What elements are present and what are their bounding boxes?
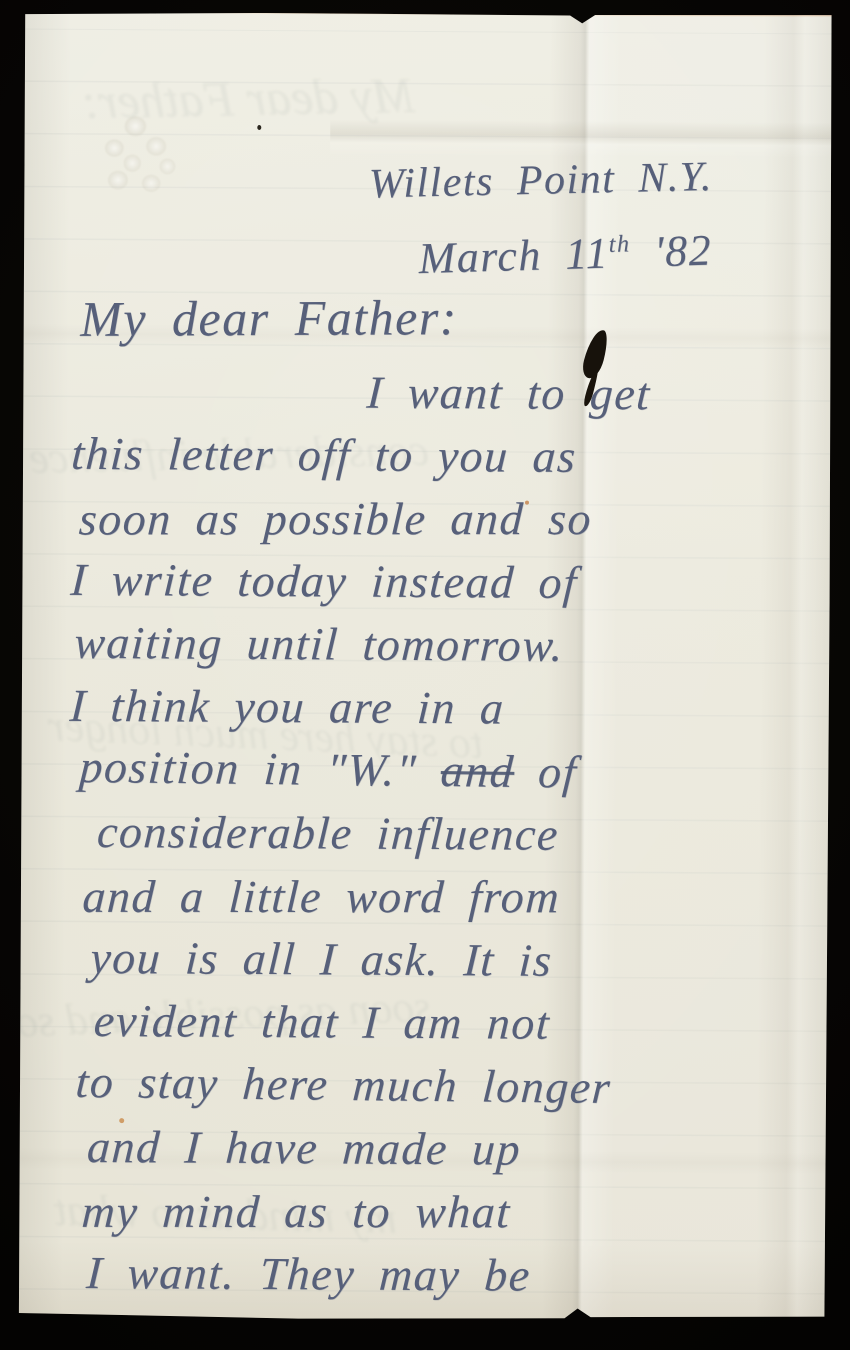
body-line: this letter off to you as bbox=[69, 427, 827, 495]
body-line: I write today instead of bbox=[69, 553, 827, 621]
strike-line-pre: position in "W." bbox=[78, 741, 442, 796]
heading-place: Willets Point N.Y. bbox=[368, 153, 713, 208]
body-line: soon as possible and so bbox=[77, 492, 827, 556]
body-line: my mind as to what bbox=[80, 1185, 823, 1249]
body-line: I want. They may be bbox=[84, 1246, 822, 1313]
letter-body: I want to get this letter off to you as … bbox=[66, 364, 826, 1314]
letter-page: My dear Father: considerable influence t… bbox=[14, 8, 834, 1325]
body-line: I think you are in a bbox=[68, 679, 826, 747]
date-month-day: March 11 bbox=[418, 229, 610, 283]
body-line: evident that I am not bbox=[92, 994, 824, 1061]
strike-line-post: of bbox=[513, 746, 579, 798]
body-line: you is all I ask. It is bbox=[88, 931, 824, 998]
photo-background: My dear Father: considerable influence t… bbox=[0, 0, 850, 1350]
body-line: and I have made up bbox=[85, 1120, 823, 1187]
body-line: I want to get bbox=[365, 366, 828, 432]
letter-text: Willets Point N.Y. March 11th '82 My dea… bbox=[14, 8, 834, 1325]
body-line: waiting until tomorrow. bbox=[72, 616, 826, 684]
salutation: My dear Father: bbox=[80, 288, 458, 348]
date-year: '82 bbox=[630, 226, 713, 277]
struck-word: and bbox=[439, 745, 516, 797]
body-line: considerable influence bbox=[95, 805, 825, 872]
heading-date: March 11th '82 bbox=[418, 225, 713, 284]
date-ordinal-suffix: th bbox=[608, 230, 631, 258]
body-line: to stay here much longer bbox=[74, 1055, 824, 1126]
body-line-with-strikethrough: position in "W." and of bbox=[77, 740, 825, 811]
body-line: and a little word from bbox=[81, 870, 825, 934]
